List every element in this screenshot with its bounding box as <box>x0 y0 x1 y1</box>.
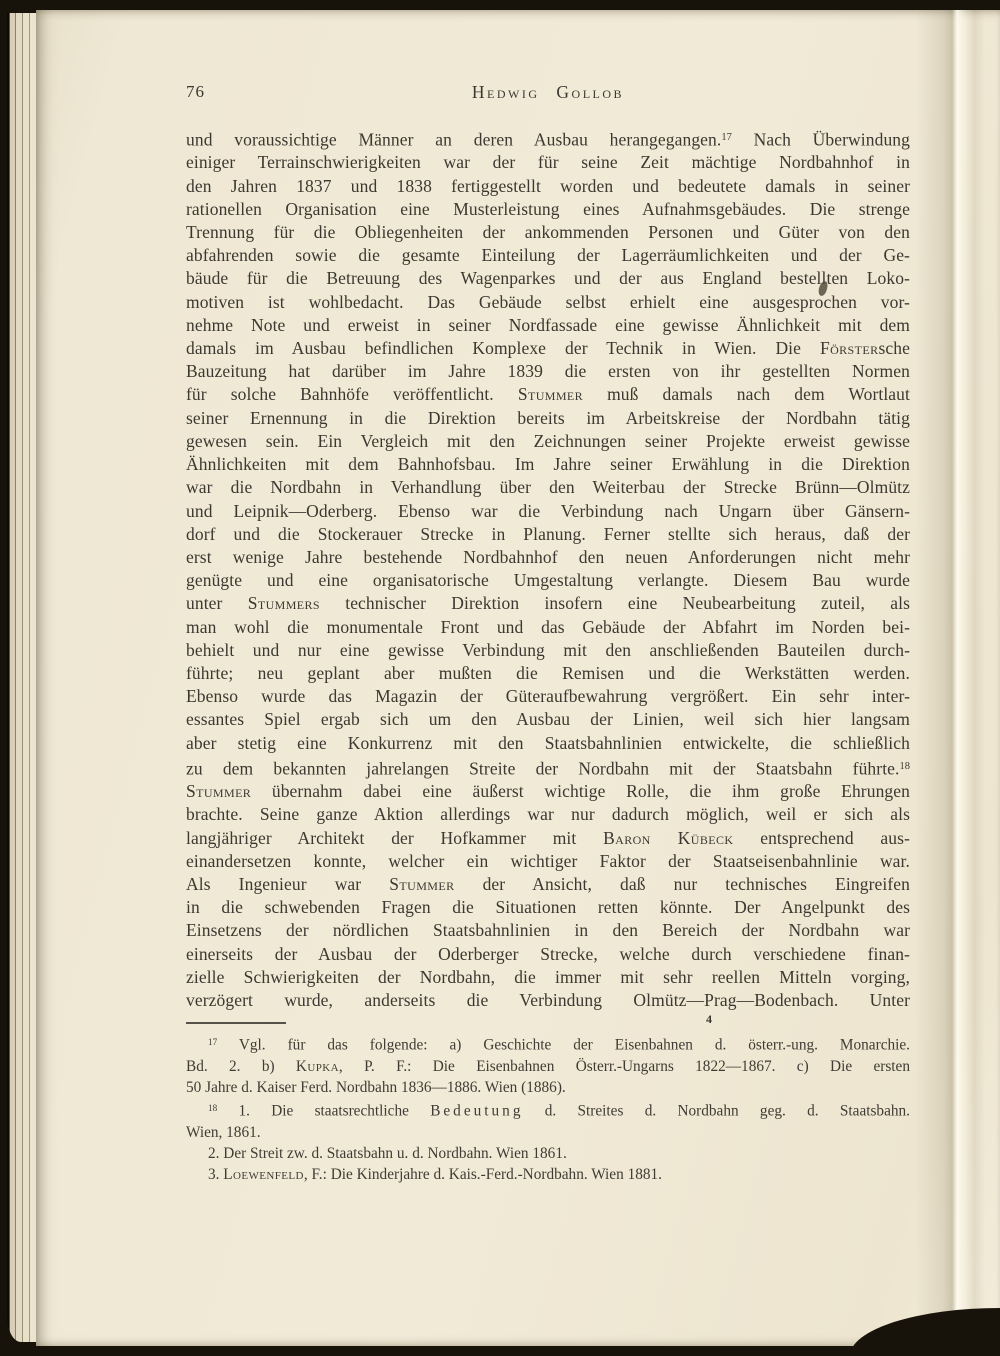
body-line: behielt und nur eine gewisse Verbindung … <box>186 639 910 662</box>
body-line: unter Stummers technischer Direktion ins… <box>186 592 910 615</box>
footnote-line: Wien, 1861. <box>186 1122 910 1143</box>
body-line: dorf und die Stockerauer Strecke in Plan… <box>186 523 910 546</box>
body-line: zu dem bekannten jahrelangen Streite der… <box>186 755 910 780</box>
body-line: Bauzeitung hat darüber im Jahre 1839 die… <box>186 360 910 383</box>
body-line: Als Ingenieur war Stummer der Ansicht, d… <box>186 873 910 896</box>
body-line: nehme Note und erweist in seiner Nordfas… <box>186 314 910 337</box>
body-line: bäude für die Betreuung des Wagenparkes … <box>186 267 910 290</box>
body-line: aber stetig eine Konkurrenz mit den Staa… <box>186 732 910 755</box>
body-line: abfahrenden sowie die gesamte Einteilung… <box>186 244 910 267</box>
body-line: gewesen sein. Ein Vergleich mit den Zeic… <box>186 430 910 453</box>
body-line: Stummer übernahm dabei eine äußerst wich… <box>186 780 910 803</box>
body-line: langjähriger Architekt der Hofkammer mit… <box>186 827 910 850</box>
body-line: essantes Spiel ergab sich um den Ausbau … <box>186 708 910 731</box>
body-line: Ähnlichkeiten mit dem Bahnhofsbau. Im Ja… <box>186 453 910 476</box>
body-line: einerseits der Ausbau der Oderberger Str… <box>186 943 910 966</box>
body-line: damals im Ausbau befindlichen Komplexe d… <box>186 337 910 360</box>
body-line: genügte und eine organisatorische Umgest… <box>186 569 910 592</box>
book-page: 76 Hedwig Gollob und voraussichtige Männ… <box>36 10 1000 1346</box>
body-text: und voraussichtige Männer an deren Ausba… <box>186 126 910 1012</box>
body-line: einiger Terrainschwierigkeiten war der f… <box>186 151 910 174</box>
signature-mark: 4 <box>706 1012 712 1027</box>
body-line: zielle Schwierigkeiten der Nordbahn, die… <box>186 966 910 989</box>
page-stack-edges <box>7 13 37 1342</box>
footnote-line: 17 Vgl. für das folgende: a) Geschichte … <box>186 1032 910 1056</box>
body-line: und Leipnik—Oderberg. Ebenso war die Ver… <box>186 500 910 523</box>
footnote-rule <box>186 1022 286 1024</box>
footnote-line: Bd. 2. b) Kupka, P. F.: Die Eisenbahnen … <box>186 1056 910 1077</box>
body-line: rationellen Organisation eine Musterleis… <box>186 198 910 221</box>
body-line: für solche Bahnhöfe veröffentlicht. Stum… <box>186 383 910 406</box>
footnote-line: 18 1. Die staatsrechtliche Bedeutung d. … <box>186 1098 910 1122</box>
body-line: seiner Ernennung in die Direktion bereit… <box>186 407 910 430</box>
page-crease <box>915 10 985 1346</box>
running-header-title: Hedwig Gollob <box>186 82 910 103</box>
footnote-line: 50 Jahre d. Kaiser Ferd. Nordbahn 1836—1… <box>186 1077 910 1098</box>
book-photograph: 76 Hedwig Gollob und voraussichtige Männ… <box>0 0 1000 1356</box>
body-line: brachte. Seine ganze Aktion allerdings w… <box>186 803 910 826</box>
body-line: und voraussichtige Männer an deren Ausba… <box>186 126 910 151</box>
body-line: verzögert wurde, anderseits die Verbindu… <box>186 989 910 1012</box>
body-line: einandersetzen konnte, welcher ein wicht… <box>186 850 910 873</box>
body-line: Ebenso wurde das Magazin der Güteraufbew… <box>186 685 910 708</box>
body-line: führte; neu geplant aber mußten die Remi… <box>186 662 910 685</box>
body-line: motiven ist wohlbedacht. Das Gebäude sel… <box>186 291 910 314</box>
body-line: Einsetzens der nördlichen Staatsbahnlini… <box>186 919 910 942</box>
body-line: den Jahren 1837 und 1838 fertiggestellt … <box>186 175 910 198</box>
body-line: war die Nordbahn in Verhandlung über den… <box>186 476 910 499</box>
footnote-line: 2. Der Streit zw. d. Staatsbahn u. d. No… <box>186 1143 910 1164</box>
running-head: 76 Hedwig Gollob <box>186 82 910 108</box>
body-line: man wohl die monumentale Front und das G… <box>186 616 910 639</box>
body-line: erst wenige Jahre bestehende Nordbahnhof… <box>186 546 910 569</box>
footnote-line: 3. Loewenfeld, F.: Die Kinderjahre d. Ka… <box>186 1164 910 1185</box>
body-line: in die schwebenden Fragen die Situatione… <box>186 896 910 919</box>
footnotes: 17 Vgl. für das folgende: a) Geschichte … <box>186 1032 910 1186</box>
body-line: Trennung für die Obliegenheiten der anko… <box>186 221 910 244</box>
